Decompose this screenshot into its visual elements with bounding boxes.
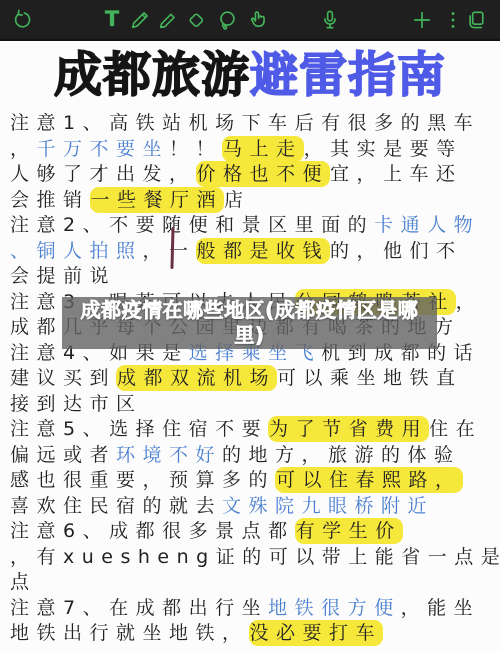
notes-body: 注意1、高铁站机场下车后有很多的黑车，千万不要坐！！马上走，其实是要等人够了才出… bbox=[10, 111, 496, 647]
note-text-segment: 接到达市区 bbox=[10, 393, 143, 415]
note-text-segment: 喜欢住民宿的就去 bbox=[10, 495, 222, 517]
note-text-segment: ， bbox=[456, 291, 483, 313]
note-text-segment: ，其实是要等 bbox=[304, 138, 463, 160]
note-text-segment: 可以住春熙路， bbox=[275, 467, 463, 493]
note-text-segment: 地铁很方便 bbox=[268, 597, 401, 619]
note-text-segment: 一些餐厅酒 bbox=[90, 187, 225, 213]
note-page: 成都旅游避雷指南 注意1、高铁站机场下车后有很多的黑车，千万不要坐！！马上走，其… bbox=[0, 41, 500, 651]
note-line: ，有xuesheng证的可以带上能省一点是一 bbox=[10, 545, 496, 571]
note-line: 接到达市区 bbox=[10, 392, 496, 418]
note-line: 注意6、成都很多景点都有学生价 bbox=[10, 519, 496, 545]
note-line: 人够了才出发，价格也不便宜，上车还 bbox=[10, 162, 496, 188]
note-text-segment: 为了节省费用 bbox=[268, 416, 429, 442]
note-line: 偏远或者环境不好的地方，旅游的体验 bbox=[10, 443, 496, 469]
page-title-black: 成都旅游 bbox=[54, 47, 250, 103]
note-text-segment: 注意1、高铁站机场下车后有很多的黑车 bbox=[10, 112, 480, 134]
seo-caption-text: 成都疫情在哪些地区(成都疫情区是哪里) bbox=[77, 298, 422, 348]
note-text-segment: 价格也不便 bbox=[196, 161, 331, 187]
note-line: 点 bbox=[10, 570, 496, 596]
pages-icon[interactable] bbox=[464, 8, 488, 32]
note-line: 注意5、选择住宿不要为了节省费用住在 bbox=[10, 417, 496, 443]
note-text-segment: 有学生价 bbox=[295, 518, 403, 544]
note-text-segment: 没必要打车 bbox=[249, 620, 384, 646]
note-text-segment: ， bbox=[10, 138, 37, 160]
note-line: ，千万不要坐！！马上走，其实是要等 bbox=[10, 137, 496, 163]
note-text-segment: 店 bbox=[224, 189, 251, 211]
microphone-icon[interactable] bbox=[318, 8, 342, 32]
text-tool-label: T bbox=[105, 9, 119, 30]
seo-caption-overlay: 成都疫情在哪些地区(成都疫情区是哪里) bbox=[62, 297, 437, 349]
eraser-icon[interactable] bbox=[184, 8, 208, 32]
note-text-segment: 、铜人拍照 bbox=[10, 240, 143, 262]
note-text-segment: 般都是收钱 bbox=[196, 238, 331, 264]
note-text-segment: 点 bbox=[10, 571, 37, 593]
note-text-segment: ，有xuesheng证的可以带上能省一点是一 bbox=[10, 546, 500, 568]
toolbar: T bbox=[0, 0, 500, 41]
note-text-segment: ，能坐 bbox=[401, 597, 481, 619]
note-text-segment: 注意7、在成都出行坐 bbox=[10, 597, 268, 619]
note-text-segment: 千万不要坐 bbox=[37, 138, 170, 160]
note-text-segment: 地铁出行就坐地铁， bbox=[10, 622, 249, 644]
note-text-segment: 卡通人物 bbox=[374, 214, 480, 236]
note-text-segment: 会提前说 bbox=[10, 265, 116, 287]
page-title-accent: 避雷指南 bbox=[250, 47, 446, 103]
gesture-hand-icon[interactable] bbox=[246, 8, 270, 32]
note-line: 建议买到成都双流机场可以乘坐地铁直 bbox=[10, 366, 496, 392]
note-text-segment: 的地方，旅游的体验 bbox=[222, 444, 461, 466]
note-text-segment: 住在 bbox=[429, 418, 482, 440]
note-text-segment: 宜，上车还 bbox=[330, 163, 463, 185]
highlighter-icon[interactable] bbox=[156, 8, 180, 32]
add-icon[interactable] bbox=[410, 8, 434, 32]
lasso-icon[interactable] bbox=[215, 8, 239, 32]
note-text-segment: 文殊院九眼桥附近 bbox=[222, 495, 434, 517]
note-text-segment: 可以乘坐地铁直 bbox=[277, 367, 463, 389]
pen-icon[interactable] bbox=[128, 8, 152, 32]
note-text-segment: 环境不好 bbox=[116, 444, 222, 466]
note-app-screen: T bbox=[0, 0, 500, 651]
page-title: 成都旅游避雷指南 bbox=[0, 44, 500, 106]
note-text-segment: 建议买到 bbox=[10, 367, 116, 389]
note-text-segment: 马上走 bbox=[222, 136, 304, 162]
note-text-segment: 注意6、成都很多景点都 bbox=[10, 520, 295, 542]
note-text-segment: 会推销 bbox=[10, 189, 90, 211]
note-text-segment: 感也很重要，预算多的 bbox=[10, 469, 275, 491]
note-text-segment: ！！ bbox=[169, 138, 222, 160]
undo-icon[interactable] bbox=[10, 8, 34, 32]
note-text-segment: 的，他们不 bbox=[330, 240, 463, 262]
note-line: 地铁出行就坐地铁，没必要打车 bbox=[10, 621, 496, 647]
note-line: 会提前说 bbox=[10, 264, 496, 290]
note-line: 喜欢住民宿的就去文殊院九眼桥附近 bbox=[10, 494, 496, 520]
note-text-segment: 成都双流机场 bbox=[116, 365, 277, 391]
text-tool-icon[interactable]: T bbox=[100, 8, 124, 32]
note-text-segment: 偏远或者 bbox=[10, 444, 116, 466]
note-text-segment: 注意2、不要随便和景区里面的 bbox=[10, 214, 374, 236]
note-line: 、铜人拍照，一般都是收钱的，他们不 bbox=[10, 239, 496, 265]
note-line: 注意7、在成都出行坐地铁很方便，能坐 bbox=[10, 596, 496, 622]
note-line: 注意1、高铁站机场下车后有很多的黑车 bbox=[10, 111, 496, 137]
note-text-segment: ，一 bbox=[143, 240, 196, 262]
note-line: 注意2、不要随便和景区里面的卡通人物 bbox=[10, 213, 496, 239]
note-text-segment: 人够了才出发， bbox=[10, 163, 196, 185]
note-line: 会推销一些餐厅酒店 bbox=[10, 188, 496, 214]
more-options-icon[interactable] bbox=[441, 8, 465, 32]
note-text-segment: 注意5、选择住宿不要 bbox=[10, 418, 268, 440]
note-line: 感也很重要，预算多的可以住春熙路， bbox=[10, 468, 496, 494]
